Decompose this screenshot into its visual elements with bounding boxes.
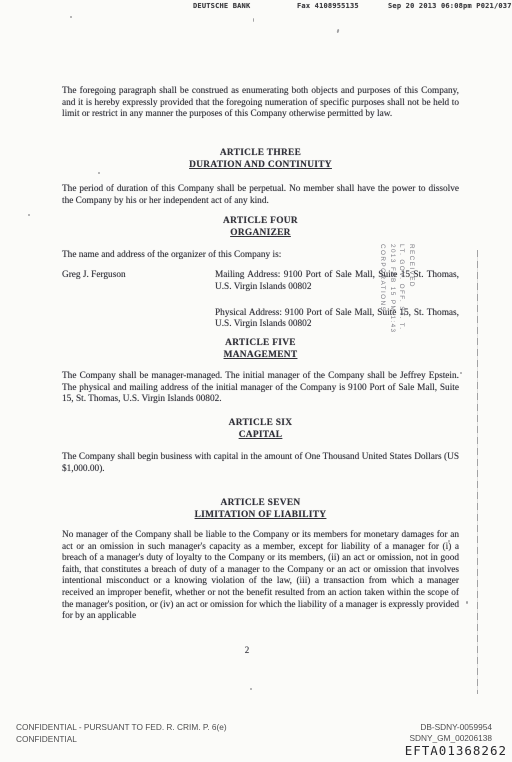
bates-number-db-sdny: DB-SDNY-0059954 (409, 722, 492, 733)
fax-sender-label: DEUTSCHE BANK (193, 2, 250, 10)
article-seven-heading: ARTICLE SEVEN LIMITATION OF LIABILITY (62, 498, 459, 521)
article-seven-paragraph: No manager of the Company shall be liabl… (62, 530, 459, 623)
article-six-subtitle: CAPITAL (62, 430, 459, 442)
intro-paragraph: The foregoing paragraph shall be constru… (62, 86, 459, 121)
article-three-subtitle: DURATION AND CONTINUITY (62, 160, 459, 172)
scan-page-edge-line (477, 250, 478, 694)
scan-speckle (28, 214, 30, 216)
scan-speckle (460, 372, 462, 374)
article-four-heading: ARTICLE FOUR ORGANIZER (62, 216, 459, 239)
scan-speckle (98, 172, 100, 174)
scan-speckle (70, 16, 72, 18)
organizer-physical-address: Physical Address: 9100 Port of Sale Mall… (215, 308, 459, 332)
page-number: 2 (62, 645, 432, 655)
efta-stamp-number: EFTA01368262 (405, 743, 507, 758)
fax-number-label: Fax 4108955135 (297, 2, 359, 10)
confidential-label: CONFIDENTIAL (16, 734, 227, 746)
article-six-heading: ARTICLE SIX CAPITAL (62, 418, 459, 441)
article-four-title: ARTICLE FOUR (62, 216, 459, 228)
article-three-title: ARTICLE THREE (62, 148, 459, 160)
scan-speckle (250, 688, 252, 690)
article-five-heading: ARTICLE FIVE MANAGEMENT (62, 338, 459, 361)
confidential-rule-line: CONFIDENTIAL - PURSUANT TO FED. R. CRIM.… (16, 722, 227, 734)
scan-speckle (466, 601, 468, 604)
organizer-name: Greg J. Ferguson (62, 270, 207, 280)
article-six-title: ARTICLE SIX (62, 418, 459, 430)
article-seven-title: ARTICLE SEVEN (62, 498, 459, 510)
article-six-paragraph: The Company shall begin business with ca… (62, 452, 459, 475)
scanned-fax-page: DEUTSCHE BANK Fax 4108955135 Sep 20 2013… (0, 0, 512, 762)
bates-numbers: DB-SDNY-0059954 SDNY_GM_00206138 (409, 722, 492, 744)
article-seven-subtitle: LIMITATION OF LIABILITY (62, 510, 459, 522)
article-three-paragraph: The period of duration of this Company s… (62, 184, 459, 207)
organizer-mailing-address: Mailing Address: 9100 Port of Sale Mall,… (215, 270, 459, 294)
article-five-paragraph: The Company shall be manager-managed. Th… (62, 371, 459, 406)
article-five-subtitle: MANAGEMENT (62, 350, 459, 362)
article-four-subtitle: ORGANIZER (62, 228, 459, 240)
article-three-heading: ARTICLE THREE DURATION AND CONTINUITY (62, 148, 459, 171)
fax-datetime-page-label: Sep 20 2013 06:08pm P021/037 (388, 2, 512, 10)
scan-speckle (448, 540, 450, 542)
organizer-address-column: Mailing Address: 9100 Port of Sale Mall,… (215, 270, 459, 331)
scan-speckle (253, 18, 254, 22)
confidentiality-footer: CONFIDENTIAL - PURSUANT TO FED. R. CRIM.… (16, 722, 227, 745)
scan-speckle (337, 29, 340, 33)
article-five-title: ARTICLE FIVE (62, 338, 459, 350)
